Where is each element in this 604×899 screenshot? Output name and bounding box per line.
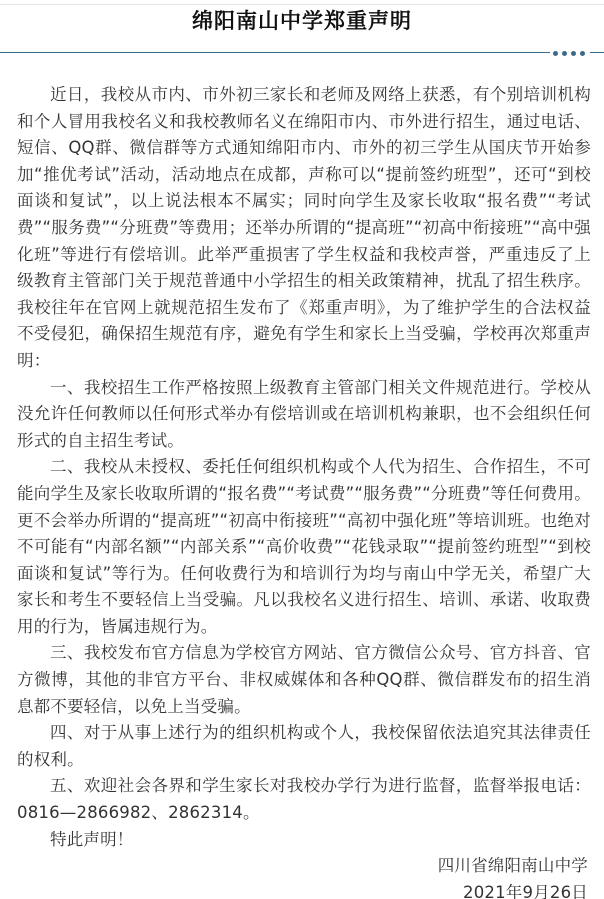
page-title: 绵阳南山中学郑重声明 <box>0 6 604 36</box>
dot-icon <box>580 51 585 56</box>
clause-5-paragraph: 五、欢迎社会各界和学生家长对我校办学行为进行监督，监督举报电话：0816—286… <box>17 773 591 826</box>
dot-icon <box>571 51 576 56</box>
signature-organization: 四川省绵阳南山中学 <box>17 853 591 880</box>
clause-4-paragraph: 四、对于从事上述行为的组织机构或个人，我校保留依法追究其法律责任的权利。 <box>17 720 591 773</box>
top-border <box>0 4 604 5</box>
divider-line <box>0 52 550 53</box>
dot-icon <box>553 51 558 56</box>
signature-date: 2021年9月26日 <box>17 880 591 899</box>
intro-paragraph: 近日，我校从市内、市外初三家长和老师及网络上获悉，有个别培训机构和个人冒用我校名… <box>17 82 591 375</box>
statement-body: 近日，我校从市内、市外初三家长和老师及网络上获悉，有个别培训机构和个人冒用我校名… <box>17 82 591 899</box>
clause-3-paragraph: 三、我校发布官方信息为学校官方网站、官方微信公众号、官方抖音、官方微博，其他的非… <box>17 640 591 720</box>
title-divider <box>0 51 604 55</box>
dot-icon <box>562 51 567 56</box>
divider-dots-icon <box>553 51 585 56</box>
clause-1-paragraph: 一、我校招生工作严格按照上级教育主管部门相关文件规范进行。学校从没允许任何教师以… <box>17 375 591 455</box>
closing-paragraph: 特此声明！ <box>17 827 591 854</box>
clause-2-paragraph: 二、我校从未授权、委托任何组织机构或个人代为招生、合作招生，不可能向学生及家长收… <box>17 454 591 640</box>
divider-line-tail <box>590 52 604 53</box>
